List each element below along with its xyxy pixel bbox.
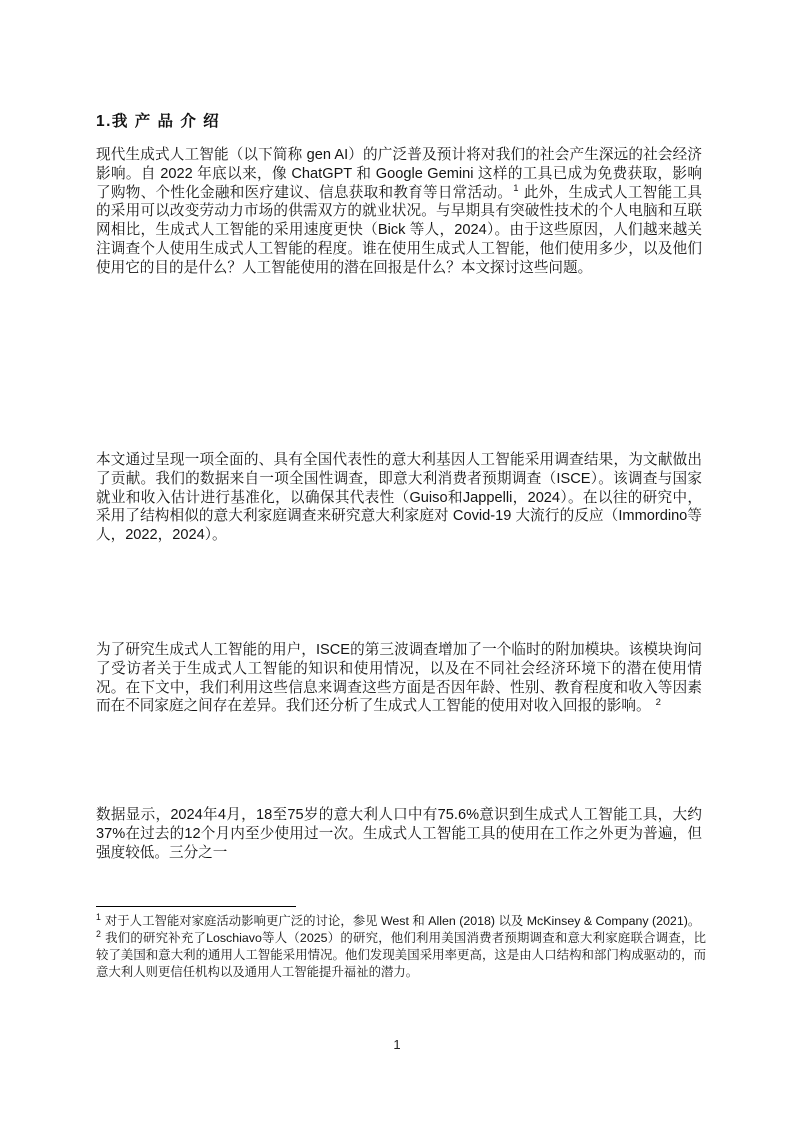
paragraph-findings: 数据显示，2024年4月，18至75岁的意大利人口中有75.6%意识到生成式人工…: [96, 806, 702, 862]
section-heading: 1.我 产 品 介 绍: [96, 109, 220, 131]
paragraph-contribution-text: 本文通过呈现一项全面的、具有全国代表性的意大利基因人工智能采用调查结果，为文献做…: [96, 452, 702, 543]
footnote-1: 1对于人工智能对家庭活动影响更广泛的讨论，参见 West 和 Allen (20…: [96, 913, 706, 930]
paragraph-survey-module: 为了研究生成式人工智能的用户，ISCE的第三波调查增加了一个临时的附加模块。该模…: [96, 641, 702, 716]
footnote-1-text: 对于人工智能对家庭活动影响更广泛的讨论，参见 West 和 Allen (201…: [105, 914, 700, 928]
footnotes-block: 1对于人工智能对家庭活动影响更广泛的讨论，参见 West 和 Allen (20…: [96, 913, 706, 981]
footnote-ref-1: 1: [512, 183, 519, 194]
footnote-2-text: 我们的研究补充了Loschiavo等人（2025）的研究，他们利用美国消费者预期…: [96, 931, 706, 979]
page-number: 1: [0, 1037, 794, 1052]
paragraph-findings-text: 数据显示，2024年4月，18至75岁的意大利人口中有75.6%意识到生成式人工…: [96, 807, 702, 861]
footnote-1-marker: 1: [96, 912, 101, 922]
footnote-2: 2我们的研究补充了Loschiavo等人（2025）的研究，他们利用美国消费者预…: [96, 930, 706, 981]
paragraph-survey-module-text-pre: 为了研究生成式人工智能的用户，ISCE的第三波调查增加了一个临时的附加模块。该模…: [96, 642, 702, 714]
footnote-ref-2: 2: [655, 697, 662, 708]
footnote-2-marker: 2: [96, 929, 101, 939]
paragraph-intro: 现代生成式人工智能（以下简称 gen AI）的广泛普及预计将对我们的社会产生深远…: [96, 146, 702, 278]
paragraph-contribution: 本文通过呈现一项全面的、具有全国代表性的意大利基因人工智能采用调查结果，为文献做…: [96, 451, 702, 545]
document-page: 1.我 产 品 介 绍 现代生成式人工智能（以下简称 gen AI）的广泛普及预…: [0, 0, 794, 1123]
footnote-separator: [96, 906, 296, 907]
